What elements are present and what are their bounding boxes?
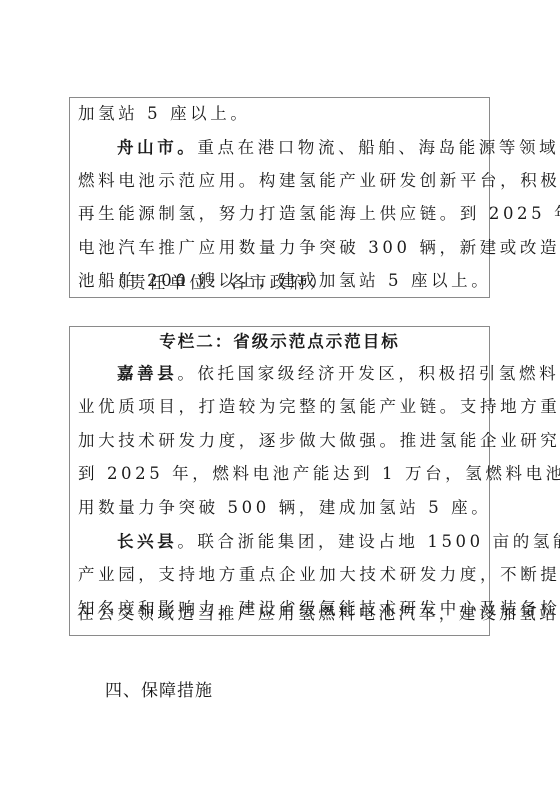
text-line: 加大技术研发力度，逐步做大做强。推进氢能企业研究院建设。: [78, 431, 560, 451]
city-targets-box: 加氢站 5 座以上。 舟山市。重点在港口物流、船舶、海岛能源等领域开展氢 燃料电…: [69, 97, 490, 298]
text-line: 电池汽车推广应用数量力争突破 300 辆，新建或改造氢燃料电: [78, 238, 560, 258]
jiashan-text: 。依托国家级经济开发区，积极招引氢燃料电池产: [177, 364, 560, 383]
text-line: 在公交领域适当推广应用氢燃料电池汽车，建设加氢站 6 座。: [77, 604, 560, 624]
zhoushan-text: 重点在港口物流、船舶、海岛能源等领域开展氢: [197, 138, 560, 157]
jiashan-paragraph: 嘉善县。依托国家级经济开发区，积极招引氢燃料电池产: [117, 364, 560, 384]
changxing-paragraph: 长兴县。联合浙能集团，建设占地 1500 亩的氢能装备制造: [117, 532, 560, 552]
text-line: 用数量力争突破 500 辆，建成加氢站 5 座。: [78, 498, 491, 518]
text-line: 到 2025 年，燃料电池产能达到 1 万台，氢燃料电池汽车推广应: [78, 464, 560, 484]
text-line: 再生能源制氢，努力打造氢能海上供应链。到 2025 年，氢燃料: [78, 204, 560, 224]
text-line: 燃料电池示范应用。构建氢能产业研发创新平台，积极发展可: [78, 171, 560, 191]
changxing-label: 长兴县: [117, 532, 177, 551]
jiashan-label: 嘉善县: [117, 364, 177, 383]
box-title: 专栏二：省级示范点示范目标: [70, 332, 489, 352]
section-heading: 四、保障措施: [105, 676, 213, 701]
text-line: 产业园，支持地方重点企业加大技术研发力度，不断提升产品: [78, 565, 560, 585]
zhoushan-paragraph: 舟山市。重点在港口物流、船舶、海岛能源等领域开展氢: [117, 138, 560, 158]
text-line: 业优质项目，打造较为完整的氢能产业链。支持地方重点企业: [78, 397, 560, 417]
zhoushan-label: 舟山市。: [117, 138, 197, 157]
responsibility-note-1: （责任单位：各市政府）: [109, 273, 330, 293]
provincial-demo-box: 专栏二：省级示范点示范目标 嘉善县。依托国家级经济开发区，积极招引氢燃料电池产 …: [69, 326, 490, 636]
changxing-text: 。联合浙能集团，建设占地 1500 亩的氢能装备制造: [177, 532, 560, 551]
text-line: 加氢站 5 座以上。: [78, 104, 251, 124]
